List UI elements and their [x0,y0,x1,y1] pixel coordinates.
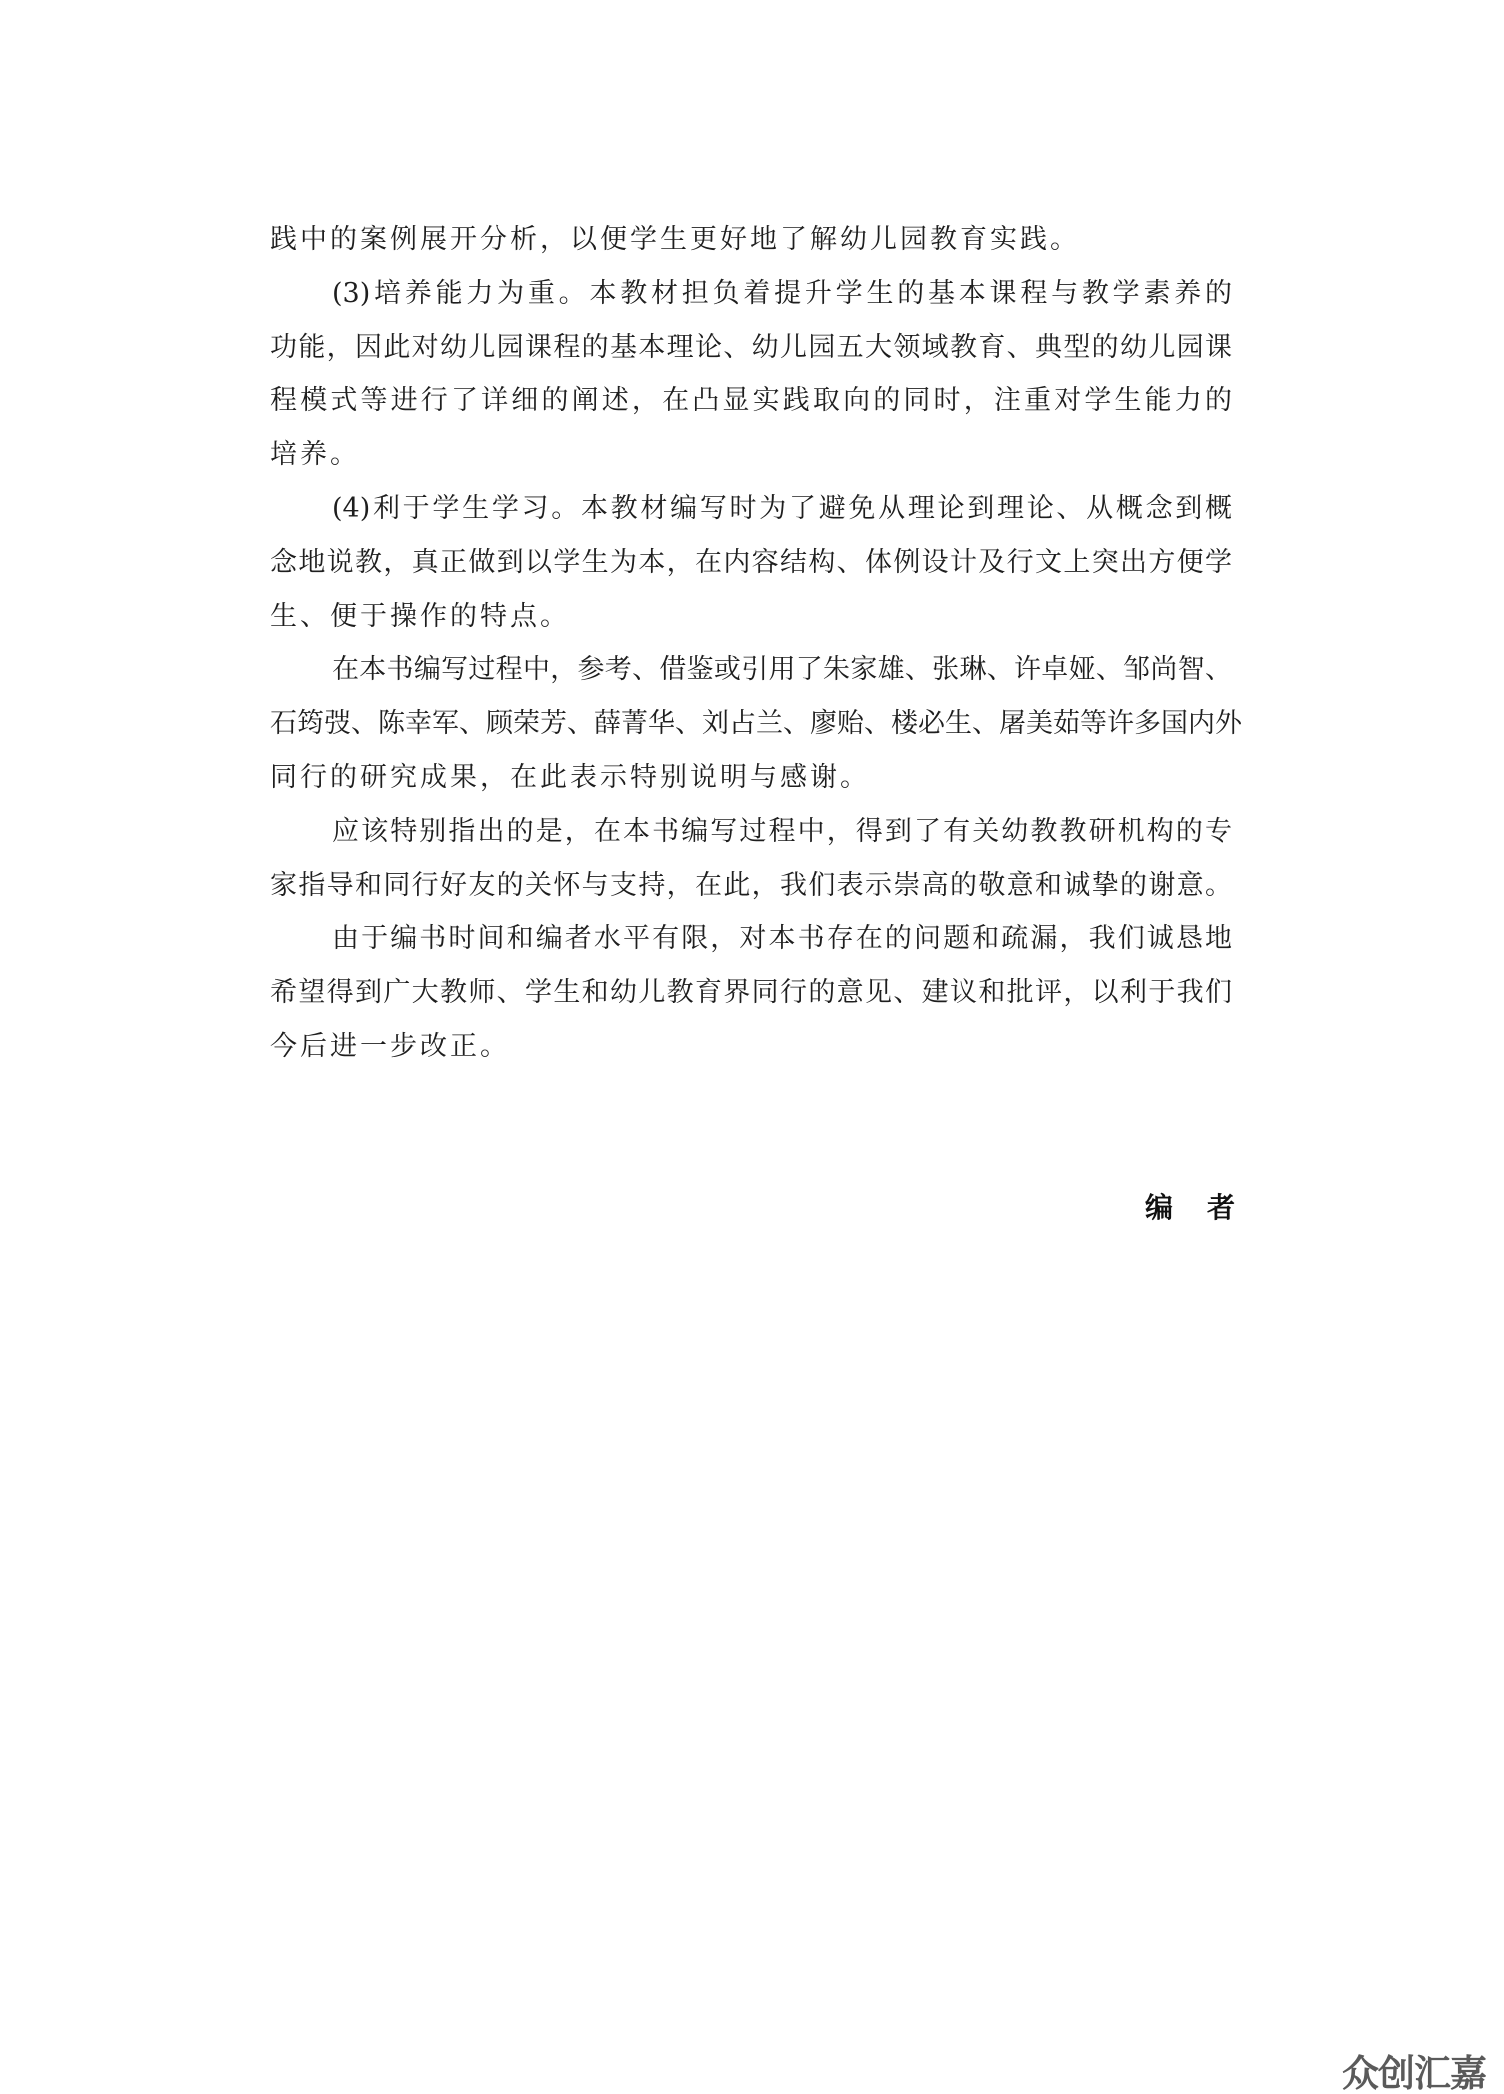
document-page: 践中的案例展开分析，以便学生更好地了解幼儿园教育实践。 (3)培养能力为重。本教… [0,0,1504,2094]
text-line: 今后进一步改正。 [270,1020,1232,1074]
watermark-logo: 众创汇嘉 [1342,2054,1504,2094]
text-line: 家指导和同行好友的关怀与支持，在此，我们表示崇高的敬意和诚挚的谢意。 [270,859,1232,913]
preface-body: 践中的案例展开分析，以便学生更好地了解幼儿园教育实践。 (3)培养能力为重。本教… [270,213,1232,1074]
text-line: 石筠弢、陈幸军、顾荣芳、薛菁华、刘占兰、廖贻、楼必生、屠美茹等许多国内外 [270,697,1232,751]
author-signature: 编 者 [1145,1186,1235,1230]
text-line: 希望得到广大教师、学生和幼儿教育界同行的意见、建议和批评，以利于我们 [270,966,1232,1020]
text-line: 同行的研究成果，在此表示特别说明与感谢。 [270,751,1232,805]
text-line: 培养。 [270,428,1232,482]
text-line: (4)利于学生学习。本教材编写时为了避免从理论到理论、从概念到概 [270,482,1232,536]
text-line: (3)培养能力为重。本教材担负着提升学生的基本课程与教学素养的 [270,267,1232,321]
text-line: 功能，因此对幼儿园课程的基本理论、幼儿园五大领域教育、典型的幼儿园课 [270,321,1232,375]
text-line: 生、便于操作的特点。 [270,590,1232,644]
text-line: 念地说教，真正做到以学生为本，在内容结构、体例设计及行文上突出方便学 [270,536,1232,590]
text-line: 应该特别指出的是，在本书编写过程中，得到了有关幼教教研机构的专 [270,805,1232,859]
text-line: 程模式等进行了详细的阐述，在凸显实践取向的同时，注重对学生能力的 [270,374,1232,428]
text-line: 在本书编写过程中，参考、借鉴或引用了朱家雄、张琳、许卓娅、邹尚智、 [270,643,1232,697]
text-line: 由于编书时间和编者水平有限，对本书存在的问题和疏漏，我们诚恳地 [270,912,1232,966]
text-line: 践中的案例展开分析，以便学生更好地了解幼儿园教育实践。 [270,213,1232,267]
